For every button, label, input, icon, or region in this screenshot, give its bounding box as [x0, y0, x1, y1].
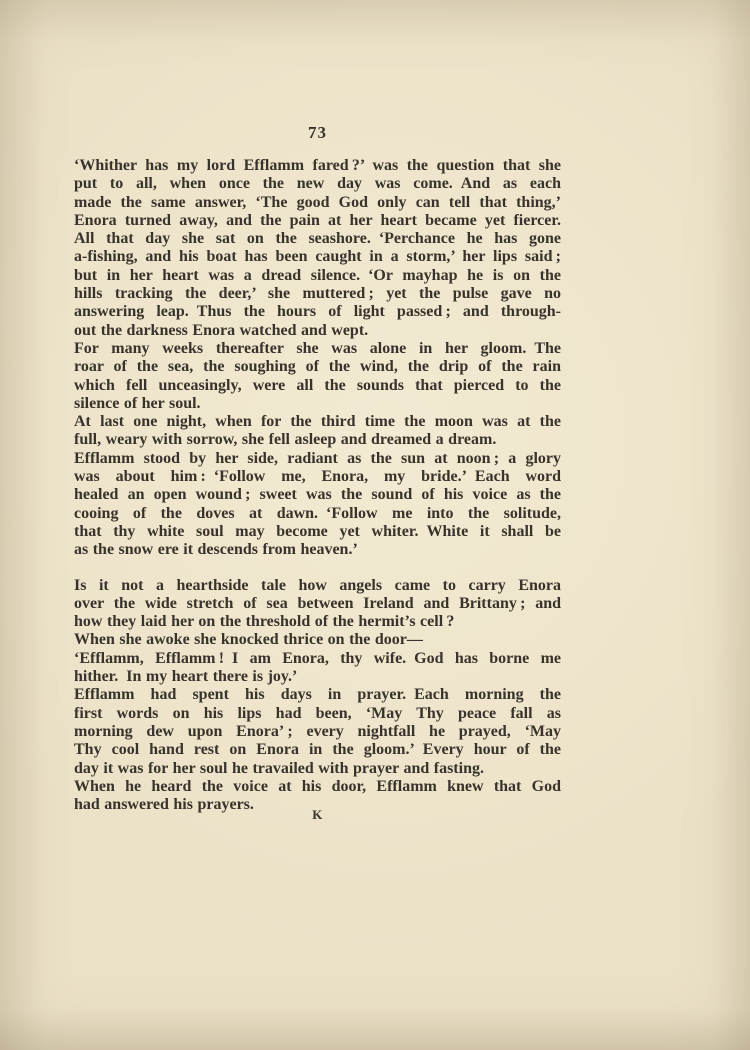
text-line: day it was for her soul he travailed wit… [74, 760, 561, 778]
text-line: made the same answer, ‘The good God only… [74, 194, 561, 212]
text-line: roar of the sea, the soughing of the win… [74, 358, 561, 376]
text-line: Efflamm stood by her side, radiant as th… [74, 450, 561, 468]
text-line: over the wide stretch of sea between Ire… [74, 595, 561, 613]
paragraph: Is it not a hearthside tale how angels c… [74, 577, 561, 632]
text-line: ‘Whither has my lord Efflamm fared ?’ wa… [74, 157, 561, 175]
text-line: Is it not a hearthside tale how angels c… [74, 577, 561, 595]
book-page: 73 ‘Whither has my lord Efflamm fared ?’… [0, 0, 750, 1050]
paragraph: Efflamm stood by her side, radiant as th… [74, 450, 561, 560]
paragraph: For many weeks thereafter she was alone … [74, 340, 561, 413]
text-line: Enora turned away, and the pain at her h… [74, 212, 561, 230]
text-line: Thy cool hand rest on Enora in the gloom… [74, 741, 561, 759]
text-line: put to all, when once the new day was co… [74, 175, 561, 193]
text-line: When he heard the voice at his door, Eff… [74, 778, 561, 796]
text-line: which fell unceasingly, were all the sou… [74, 377, 561, 395]
text-line: cooing of the doves at dawn. ‘Follow me … [74, 505, 561, 523]
text-line: full, weary with sorrow, she fell asleep… [74, 431, 561, 449]
text-line: morning dew upon Enora’ ; every nightfal… [74, 723, 561, 741]
text-line: All that day she sat on the seashore. ‘P… [74, 230, 561, 248]
text-line: a-fishing, and his boat has been caught … [74, 248, 561, 266]
text-line: out the darkness Enora watched and wept. [74, 322, 561, 340]
text-line: answering leap. Thus the hours of light … [74, 303, 561, 321]
text-line: that thy white soul may become yet white… [74, 523, 561, 541]
text-line: hills tracking the deer,’ she muttered ;… [74, 285, 561, 303]
paragraph: When she awoke she knocked thrice on the… [74, 631, 561, 649]
text-line: was about him : ‘Follow me, Enora, my br… [74, 468, 561, 486]
text-line: as the snow ere it descends from heaven.… [74, 541, 561, 559]
text-line: Efflamm had spent his days in prayer. Ea… [74, 686, 561, 704]
text-line: When she awoke she knocked thrice on the… [74, 631, 561, 649]
text-line: how they laid her on the threshold of th… [74, 613, 561, 631]
paragraph: At last one night, when for the third ti… [74, 413, 561, 450]
paragraph: ‘Efflamm, Efflamm ! I am Enora, thy wife… [74, 650, 561, 687]
page-number: 73 [74, 123, 561, 143]
text-line: ‘Efflamm, Efflamm ! I am Enora, thy wife… [74, 650, 561, 668]
text-line: At last one night, when for the third ti… [74, 413, 561, 431]
text-line: For many weeks thereafter she was alone … [74, 340, 561, 358]
text-block: ‘Whither has my lord Efflamm fared ?’ wa… [74, 157, 561, 814]
text-line: first words on his lips had been, ‘May T… [74, 705, 561, 723]
text-line: healed an open wound ; sweet was the sou… [74, 486, 561, 504]
text-line: but in her heart was a dread silence. ‘O… [74, 267, 561, 285]
paragraph: Efflamm had spent his days in prayer. Ea… [74, 686, 561, 777]
text-line: silence of her soul. [74, 395, 561, 413]
signature-mark: K [74, 807, 561, 823]
text-line: hither. In my heart there is joy.’ [74, 668, 561, 686]
paragraph: ‘Whither has my lord Efflamm fared ?’ wa… [74, 157, 561, 340]
